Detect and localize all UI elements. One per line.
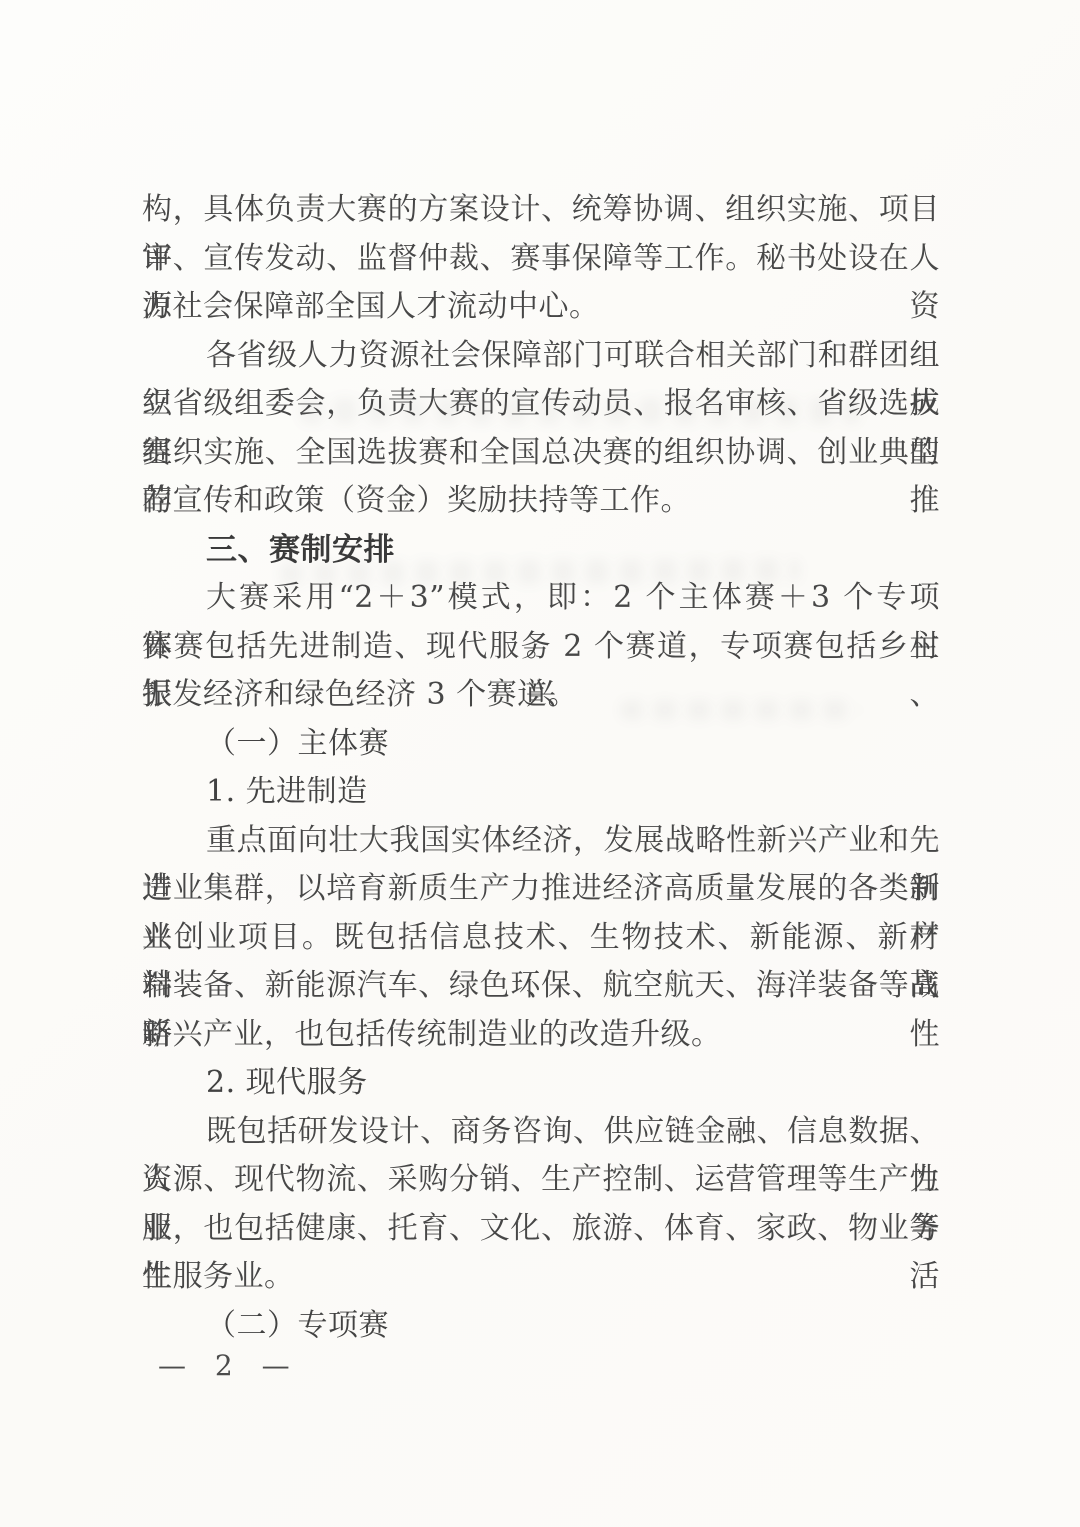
scanned-document-page: 构，具体负责大赛的方案设计、统筹协调、组织实施、项目评审、宣传发动、监督仲裁、赛…: [0, 0, 1080, 1527]
text-line: 立省级组委会，负责大赛的宣传动员、报名审核、省级选拔赛的: [142, 380, 940, 429]
text-line: 既包括研发设计、商务咨询、供应链金融、信息数据、人力: [142, 1108, 940, 1157]
text-line: 重点面向壮大我国实体经济，发展战略性新兴产业和先进制: [142, 817, 940, 866]
text-line: 业创业项目。既包括信息技术、生物技术、新能源、新材料、高: [142, 914, 940, 963]
text-line: 造业集群，以培育新质生产力推进经济高质量发展的各类新兴产: [142, 865, 940, 914]
text-line: 业，也包括健康、托育、文化、旅游、体育、家政、物业等生活: [142, 1205, 940, 1254]
text-line: 资源、现代物流、采购分销、生产控制、运营管理等生产性服务: [142, 1156, 940, 1205]
text-line: 各省级人力资源社会保障部门可联合相关部门和群团组织成: [142, 332, 940, 381]
sub-heading: （一）主体赛: [142, 720, 940, 769]
text-line: 审、宣传发动、监督仲裁、赛事保障等工作。秘书处设在人力资: [142, 235, 940, 284]
sub-heading: 2. 现代服务: [142, 1059, 940, 1108]
sub-heading: （二）专项赛: [142, 1302, 940, 1351]
text-line: 构，具体负责大赛的方案设计、统筹协调、组织实施、项目评: [142, 186, 940, 235]
page-number: — 2 —: [158, 1349, 300, 1383]
text-line: 大赛采用“2＋3”模式，即：2 个主体赛＋3 个专项赛。主: [142, 574, 940, 623]
document-content: 构，具体负责大赛的方案设计、统筹协调、组织实施、项目评审、宣传发动、监督仲裁、赛…: [142, 186, 940, 1350]
text-line: 组织实施、全国选拔赛和全国总决赛的组织协调、创业典型的推: [142, 429, 940, 478]
sub-heading: 1. 先进制造: [142, 768, 940, 817]
text-line: 端装备、新能源汽车、绿色环保、航空航天、海洋装备等战略性: [142, 962, 940, 1011]
section-heading: 三、赛制安排: [142, 526, 940, 575]
text-line: 体赛包括先进制造、现代服务 2 个赛道，专项赛包括乡村振兴、: [142, 623, 940, 672]
